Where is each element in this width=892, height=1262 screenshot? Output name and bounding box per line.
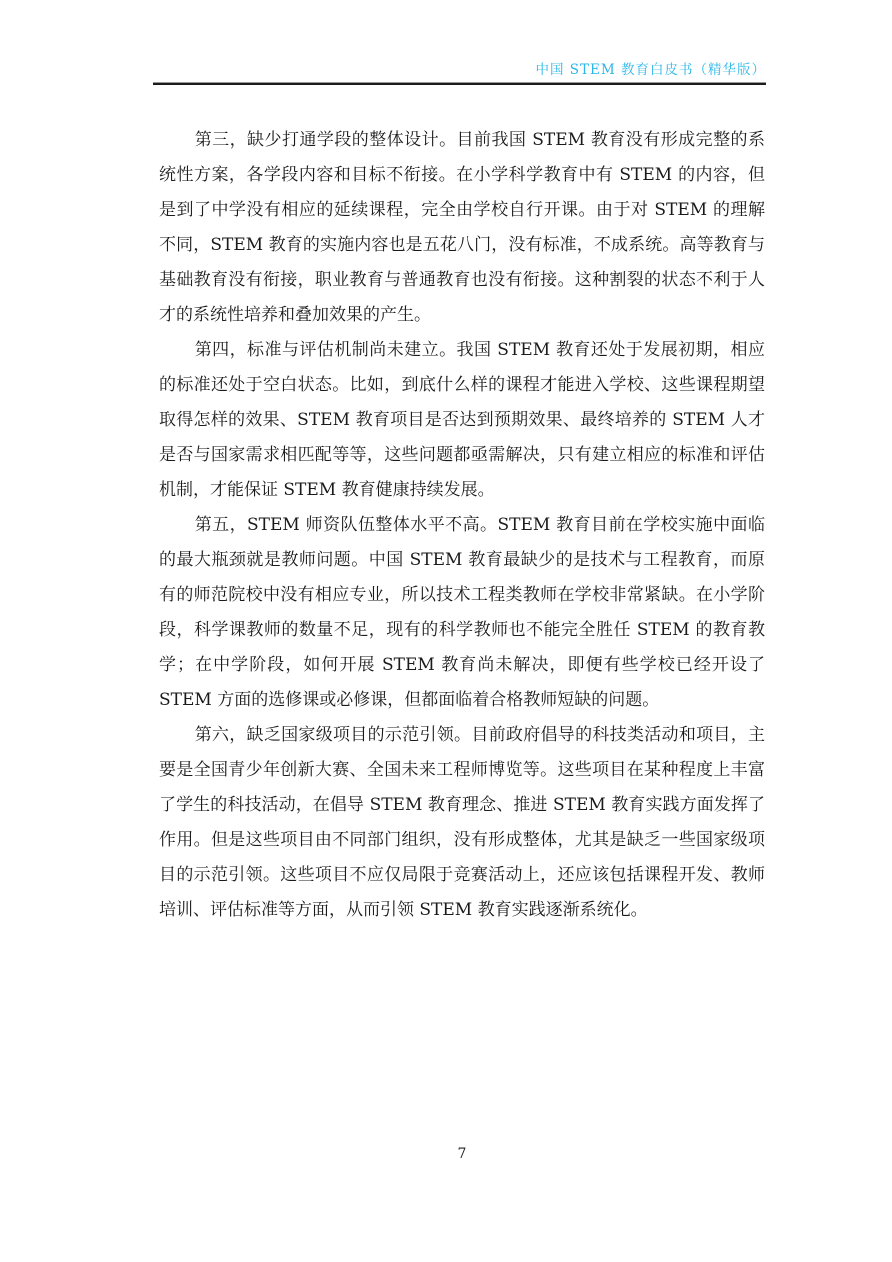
page-number: 7 — [458, 1146, 467, 1162]
paragraph-fifth-issue: 第五，STEM 师资队伍整体水平不高。STEM 教育目前在学校实施中面临的最大瓶… — [159, 508, 765, 718]
page-footer: 7 — [159, 1146, 765, 1162]
document-page: 中国 STEM 教育白皮书（精华版） 第三，缺少打通学段的整体设计。目前我国 S… — [0, 0, 892, 1262]
paragraph-sixth-issue: 第六，缺乏国家级项目的示范引领。目前政府倡导的科技类活动和项目，主要是全国青少年… — [159, 718, 765, 928]
paragraph-third-issue: 第三，缺少打通学段的整体设计。目前我国 STEM 教育没有形成完整的系统性方案，… — [159, 123, 765, 333]
header-rule — [153, 82, 766, 85]
header-title: 中国 STEM 教育白皮书（精华版） — [153, 58, 766, 82]
document-body: 第三，缺少打通学段的整体设计。目前我国 STEM 教育没有形成完整的系统性方案，… — [159, 123, 765, 928]
paragraph-fourth-issue: 第四，标准与评估机制尚未建立。我国 STEM 教育还处于发展初期，相应的标准还处… — [159, 333, 765, 508]
page-header: 中国 STEM 教育白皮书（精华版） — [153, 58, 766, 85]
